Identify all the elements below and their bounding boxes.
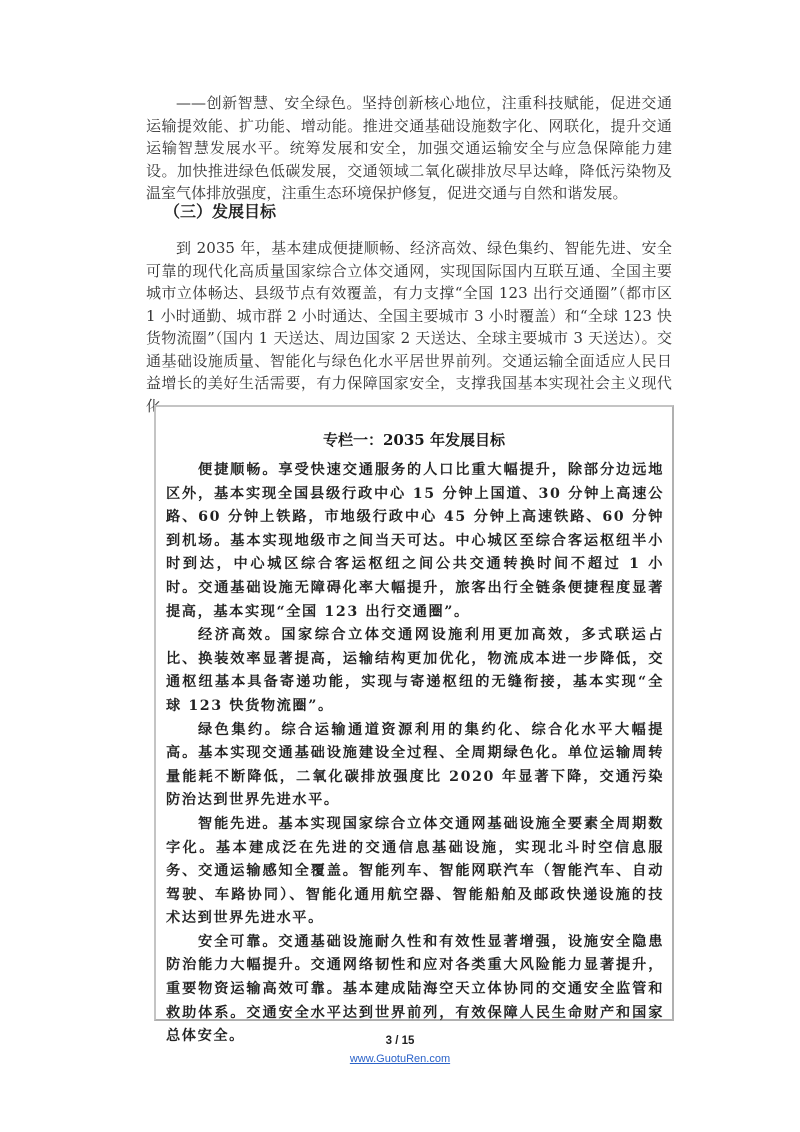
box-paragraph-economic: 经济高效。国家综合立体交通网设施利用更加高效，多式联运占比、换装效率显著提高，运… <box>166 624 664 718</box>
sidebar-box-2035-goals: 专栏一：2035 年发展目标 便捷顺畅。享受快速交通服务的人口比重大幅提升，除部… <box>154 405 674 1021</box>
site-link[interactable]: www.GuotuRen.com <box>350 1052 450 1067</box>
paragraph-innovation-green: ——创新智慧、安全绿色。坚持创新核心地位，注重科技赋能，促进交通运输提效能、扩功… <box>146 92 672 205</box>
document-page: ——创新智慧、安全绿色。坚持创新核心地位，注重科技赋能，促进交通运输提效能、扩功… <box>0 0 800 1132</box>
section-heading-development-goals: （三）发展目标 <box>164 200 276 224</box>
box-body: 便捷顺畅。享受快速交通服务的人口比重大幅提升，除部分边远地区外，基本实现全国县级… <box>166 459 664 1049</box>
box-paragraph-green: 绿色集约。综合运输通道资源利用的集约化、综合化水平大幅提高。基本实现交通基础设施… <box>166 719 664 813</box>
box-paragraph-convenient: 便捷顺畅。享受快速交通服务的人口比重大幅提升，除部分边远地区外，基本实现全国县级… <box>166 459 664 624</box>
box-paragraph-smart: 智能先进。基本实现国家综合立体交通网基础设施全要素全周期数字化。基本建成泛在先进… <box>166 813 664 931</box>
paragraph-2035-goal: 到 2035 年，基本建成便捷顺畅、经济高效、绿色集约、智能先进、安全可靠的现代… <box>146 237 672 417</box>
page-footer: 3 / 15 www.GuotuRen.com <box>0 1034 800 1067</box>
box-title: 专栏一：2035 年发展目标 <box>156 429 672 451</box>
page-number: 3 / 15 <box>0 1034 800 1049</box>
box-paragraph-safe: 安全可靠。交通基础设施耐久性和有效性显著增强，设施安全隐患防治能力大幅提升。交通… <box>166 931 664 1049</box>
